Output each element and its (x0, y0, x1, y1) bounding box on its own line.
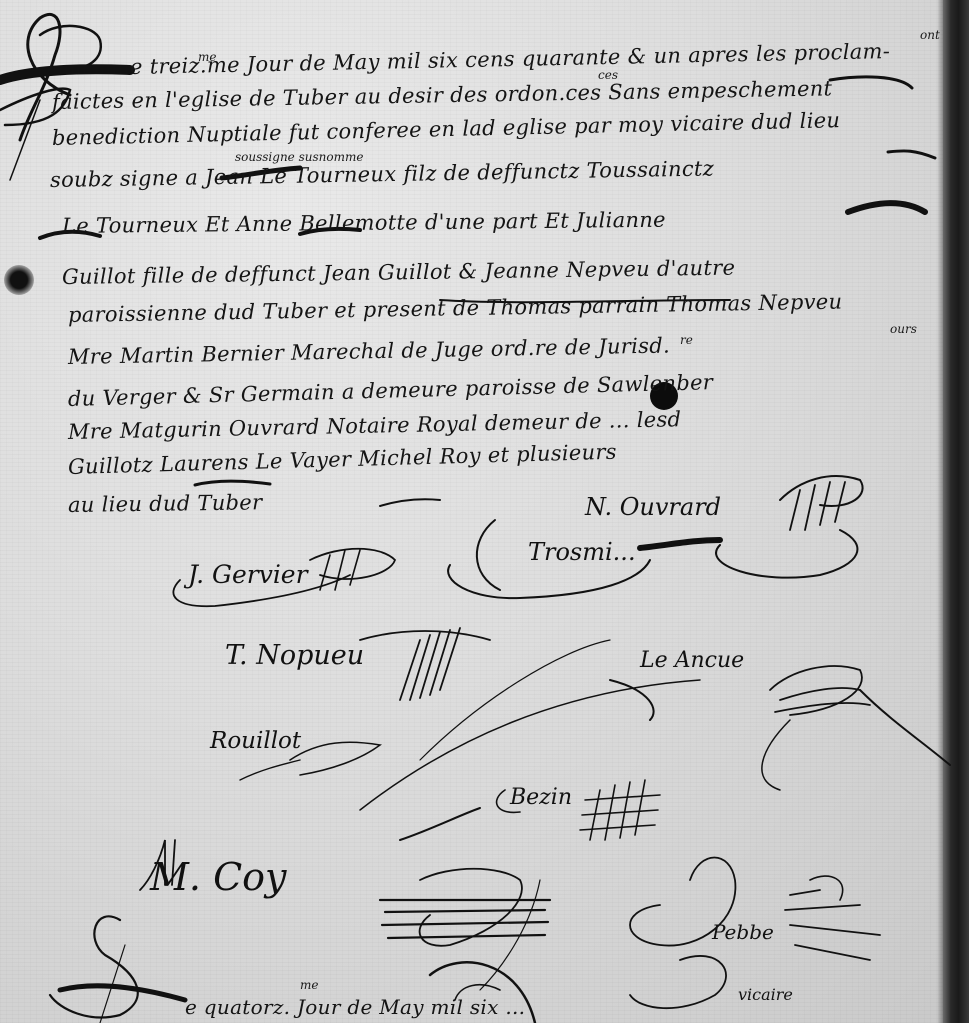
register-page: e treiz.me Jour de May mil six cens quar… (0, 0, 969, 1023)
entry1-line-10: Mre Matgurin Ouvrard Notaire Royal demeu… (68, 407, 682, 444)
signature-vicaire: vicaire (738, 985, 793, 1004)
signature-bezin: Bezin (510, 785, 572, 810)
entry1-line-1: e treiz.me Jour de May mil six cens quar… (130, 39, 891, 79)
entry1-sup-ord: re (680, 333, 693, 347)
entry1-line-11: Guillotz Laurens Le Vayer Michel Roy et … (68, 440, 617, 479)
entry1-sup-margin: ont (920, 28, 940, 42)
entry1-line-3: benediction Nuptiale fut conferee en lad… (52, 108, 841, 150)
entry1-line-4: soubz signe a Jean Le Tourneux filz de d… (50, 156, 714, 192)
entry2-line-1: e quatorz. Jour de May mil six ... (185, 995, 525, 1019)
signature-ancue: Le Ancue (640, 648, 744, 673)
signature-gervier: J. Gervier (188, 560, 308, 589)
ink-blot-left (4, 265, 34, 295)
signature-trosmi: Trosmi... (528, 538, 636, 566)
signature-ouvrard: N. Ouvrard (585, 493, 721, 521)
entry2-sup-ordinal: me (300, 978, 318, 992)
signature-m-coy: M. Coy (150, 855, 287, 899)
signature-pebbe: Pebbe (712, 920, 774, 944)
entry1-line-8: Mre Martin Bernier Marechal de Juge ord.… (68, 333, 670, 369)
signature-rouillot: Rouillot (210, 728, 301, 754)
entry1-line-6: Guillot fille de deffunct Jean Guillot &… (62, 256, 736, 289)
entry1-line-9: du Verger & Sr Germain a demeure paroiss… (68, 370, 714, 411)
entry1-line-12: au lieu dud Tuber (68, 490, 263, 517)
entry1-sup-ours: ours (890, 322, 917, 336)
signature-nopueu: T. Nopueu (225, 640, 364, 671)
entry1-line-2: faictes en l'eglise de Tuber au desir de… (52, 76, 833, 114)
book-binding (943, 0, 969, 1023)
entry1-sup-ordon: ces (598, 68, 618, 82)
entry1-line-5: Le Tourneux Et Anne Bellemotte d'une par… (62, 208, 666, 238)
entry1-line-7: paroissienne dud Tuber et present de Tho… (68, 289, 843, 327)
entry1-sup-ordinal: me (198, 50, 216, 64)
